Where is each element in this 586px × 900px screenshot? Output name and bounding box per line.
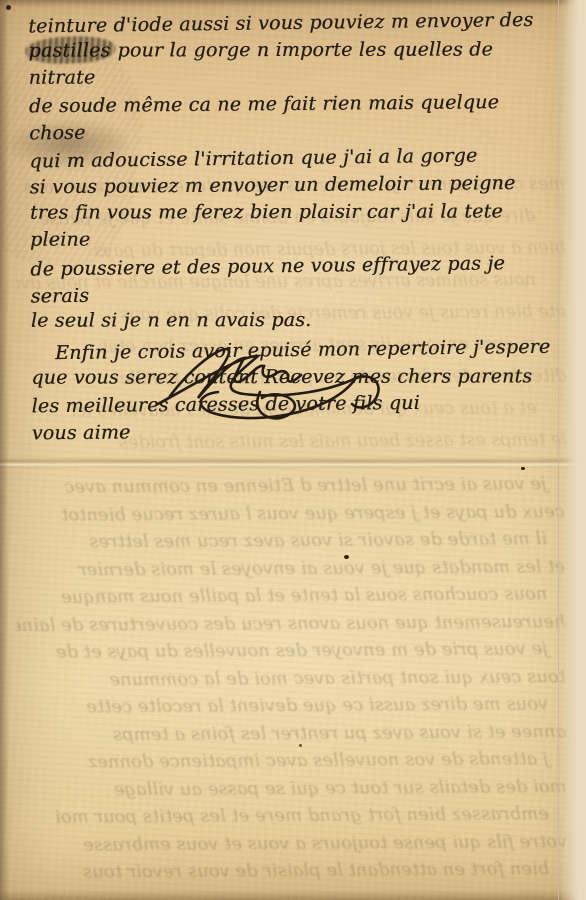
page-edge-bottom bbox=[0, 890, 586, 900]
scribbled-word: pastilles bbox=[29, 37, 111, 64]
ink-speck bbox=[521, 467, 525, 470]
page-edge-top bbox=[0, 0, 586, 7]
bleedthrough-line: heureusement que nous avons recu des cou… bbox=[16, 608, 566, 639]
ink-speck bbox=[344, 555, 349, 559]
bleedthrough-line: j attends de vos nouvelles avec impatien… bbox=[16, 745, 548, 776]
letter-line: teinture d'iode aussi si vous pouviez m … bbox=[28, 7, 560, 41]
signature bbox=[148, 330, 398, 430]
signature-flourish bbox=[148, 330, 398, 430]
bleedthrough-line: annee et si vous avez pu rentrer les foi… bbox=[16, 718, 566, 749]
bleedthrough-line: moi des details sur tout ce qui se passe… bbox=[17, 773, 567, 804]
bleedthrough-line: je vous prie de m envoyer des nouvelles … bbox=[16, 635, 548, 666]
bleedthrough-line: tous ceux qui sont partis avec moi de la… bbox=[16, 663, 566, 694]
bleedthrough-line: il me tarde de savoir si vous avez recu … bbox=[15, 525, 547, 556]
page-edge-left bbox=[0, 0, 9, 900]
letter-line: de soude même ca ne me fait rien mais qu… bbox=[29, 89, 561, 148]
letter-line: tres fin vous me ferez bien plaisir car … bbox=[30, 198, 562, 253]
bleedthrough-line: votre fils qui pense toujours a vous et … bbox=[17, 828, 567, 859]
page-edge-right bbox=[558, 0, 586, 900]
bleedthrough-lower: je vous ai ecrit une lettre d Etienne en… bbox=[15, 470, 568, 886]
bleedthrough-line: embrassez bien fort grand mere et les pe… bbox=[17, 800, 549, 831]
letter-paragraph-1: teinture d'iode aussi si vous pouviez m … bbox=[28, 8, 563, 337]
bleedthrough-line: vous me direz aussi ce que devient la re… bbox=[16, 690, 548, 721]
ink-speck bbox=[299, 744, 302, 747]
bleedthrough-line: nous couchons sous la tente et la paille… bbox=[15, 580, 547, 611]
letter-line: pastillespour la gorge n importe les que… bbox=[29, 36, 561, 91]
scanned-letter-page: mes chers parents je vous ecris ces quel… bbox=[0, 0, 586, 900]
bleedthrough-line: bien fort en attendant le plaisir de vou… bbox=[17, 855, 549, 886]
bleedthrough-line: je vous ai ecrit une lettre d Etienne en… bbox=[15, 470, 547, 501]
bleedthrough-line: ceux du pays et j espere que vous l aure… bbox=[15, 498, 565, 529]
fold-crease bbox=[0, 457, 586, 469]
letter-line: de poussiere et des poux ne vous effraye… bbox=[30, 250, 563, 311]
bleedthrough-line: et les mandats que je vous ai envoyes le… bbox=[15, 553, 565, 584]
